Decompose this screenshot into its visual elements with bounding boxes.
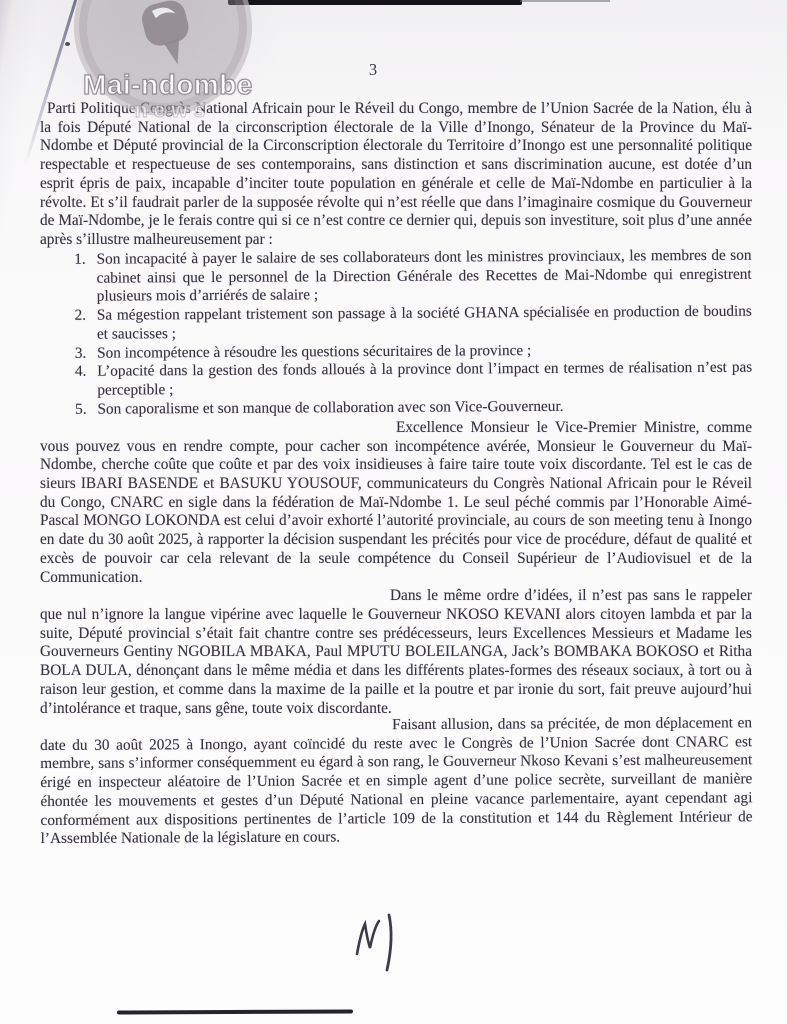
watermark-circle (74, 0, 252, 116)
list-item: L’opacité dans la gestion des fonds allo… (90, 358, 752, 399)
watermark-title: Mai-ndombe (83, 69, 251, 101)
paragraph-excellence: Excellence Monsieur le Vice-Premier Mini… (40, 419, 752, 587)
handwritten-initials-strokes (352, 912, 404, 974)
scanned-document-page: Mai-ndombe news 3 Parti Politique Congrè… (0, 0, 787, 1024)
grievances-list: Son incapacité à payer le salaire de ses… (39, 246, 752, 419)
handwritten-initials: M) (352, 912, 404, 974)
handwritten-initials-text: M) (404, 912, 405, 913)
paragraph-faisant-allusion: Faisant allusion, dans sa précitée, de m… (40, 714, 753, 849)
paragraph-introduction: Parti Politique Congrès National Africai… (40, 100, 752, 250)
list-item: Sa mégestion rappelant tristement son pa… (90, 302, 752, 343)
microphone-icon (128, 0, 204, 68)
list-item: Son caporalisme et son manque de collabo… (90, 396, 752, 419)
scan-edge-artifact-bottom (117, 1009, 353, 1014)
ink-speck (65, 42, 70, 46)
document-body: Parti Politique Congrès National Africai… (40, 100, 752, 849)
paragraph-meme-ordre: Dans le même ordre d’idées, il n’est pas… (40, 587, 752, 718)
scan-edge-artifact-top-faint (520, 0, 610, 2)
scan-edge-artifact-top (228, 0, 522, 5)
list-item: Son incapacité à payer le salaire de ses… (89, 246, 751, 306)
page-number: 3 (358, 60, 388, 80)
